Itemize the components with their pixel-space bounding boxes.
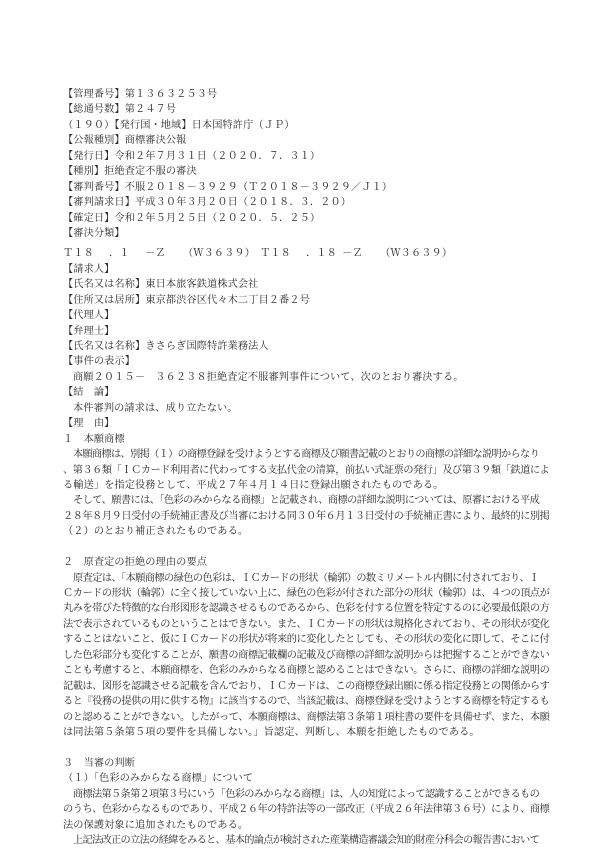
conclusion-label: 【結 論】 [63,385,543,400]
decision-class-row: Ｔ１８．１－Ｚ（Ｗ３６３９） [63,246,255,261]
paragraph-line: 上記法改正の立法の経緯をみると、基本的論点が検討された産業構造審議会知的財産分科… [63,833,543,848]
spacer [63,540,543,555]
attorney-label: 【弁理士】 [63,324,543,339]
trial-number-line: 【審判番号】不服２０１８－３９２９（Ｔ２０１８－３９２９／Ｊ１） [63,180,543,195]
section-3-subtitle: （１）「色彩のみからなる商標」について [63,771,543,786]
paragraph-line: 丸みを帯びた特徴的な台形図形を認識させるものであるから、色彩を付する位置を特定す… [63,601,543,616]
total-issue-value: 第２４７号 [125,104,176,115]
paragraph-line: のと認めることができない。したがって、本願商標は、商標法第３条第１項柱書の要件を… [63,710,543,725]
management-number-line: 【管理番号】第１３６３２５３号 [63,87,543,102]
conclusion-text: 本件審判の請求は、成り立たない。 [63,401,543,416]
document-page: 【管理番号】第１３６３２５３号 【総通号数】第２４７号 （１９０）【発行国・地域… [63,87,543,848]
category-line: 【種別】拒絶査定不服の審決 [63,164,543,179]
issuer-line: （１９０）【発行国・地域】日本国特許庁（ＪＰ） [63,118,543,133]
paragraph-line: 本願商標は、別掲（１）の商標登録を受けようとする商標及び願書記載のとおりの商標の… [63,447,543,462]
paragraph-line: のうち、色彩からなるものであり、平成２６年の特許法等の一部改正（平成２６年法律第… [63,802,543,817]
section-3-body: 商標法第５条第２項第３号にいう「色彩のみからなる商標」は、人の知覚によって認識す… [63,787,543,849]
field-label: 【審判番号】 [63,182,125,193]
requester-name-line: 【氏名又は名称】東日本旅客鉄道株式会社 [63,277,543,292]
total-issue-line: 【総通号数】第２４７号 [63,102,543,117]
final-date-line: 【確定日】令和２年５月２５日（２０２０．５．２５） [63,211,543,226]
field-label: 【住所又は居所】 [63,295,145,306]
case-label: 【事件の表示】 [63,354,543,369]
section-2-title: ２ 原査定の拒絶の理由の要点 [63,555,543,570]
issue-date-line: 【発行日】令和２年７月３１日（２０２０．７．３１） [63,149,543,164]
spacer [63,740,543,755]
paragraph-line: 商標法第５条第２項第３号にいう「色彩のみからなる商標」は、人の知覚によって認識す… [63,787,543,802]
section-3-title: ３ 当審の判断 [63,756,543,771]
requester-address-value: 東京都渋谷区代々木二丁目２番２号 [145,295,310,306]
paragraph-line: る輸送」を指定役務として、平成２７年４月１４日に登録出願されたものである。 [63,478,543,493]
trial-number-value: 不服２０１８－３９２９（Ｔ２０１８－３９２９／Ｊ１） [125,182,392,193]
field-label: 【発行日】 [63,151,114,162]
paragraph-line: 記載は、図形を認識させる記載を含んでおり、ＩＣカードは、この商標登録出願に係る指… [63,679,543,694]
decision-class-label: 【審決分類】 [63,226,543,241]
trial-request-date-value: 平成３０年３月２０日（２０１８．３．２０） [135,197,351,208]
requester-label: 【請求人】 [63,262,543,277]
paragraph-line: Ｃカードの形状（輪郭）に全く接していない上に、緑色の色彩が付された部分の形状（輪… [63,586,543,601]
paragraph-line: することはないこと、仮にＩＣカードの形状が将来的に変化したとしても、その形状の変… [63,632,543,647]
field-label: 【発行国・地域】 [114,120,191,131]
requester-name-value: 東日本旅客鉄道株式会社 [145,279,258,290]
paragraph-line: 原査定は、「本願商標の緑色の色彩は、ＩＣカードの形状（輪郭）の数ミリメートル内側… [63,571,543,586]
field-label: 【確定日】 [63,213,114,224]
paragraph-line: そして、願書には、「色彩のみからなる商標」と記載され、商標の詳細な説明については… [63,493,543,508]
agent-label: 【代理人】 [63,308,543,323]
section-1-title: １ 本願商標 [63,432,543,447]
paragraph-line: ことも考慮すると、本願商標を、色彩のみからなる商標と認めることはできない。さらに… [63,663,543,678]
category-value: 拒絶査定不服の審決 [104,166,197,177]
gazette-type-value: 商標審決公報 [125,135,187,146]
paragraph-line: ２８年８月９日受付の手続補正書及び当審における同３０年６月１３日受付の手続補正書… [63,509,543,524]
paragraph-line: （２）のとおり補正されたものである。 [63,524,543,539]
management-number-value: 第１３６３２５３号 [125,89,218,100]
field-label: 【氏名又は名称】 [63,279,145,290]
issue-date-value: 令和２年７月３１日（２０２０．７．３１） [114,151,320,162]
field-label: 【管理番号】 [63,89,125,100]
paragraph-line: は同法第５条第５項の要件を具備しない。」旨認定、判断し、本願を拒絶したものである… [63,725,543,740]
paragraph-line: 法で表示されているものということはできない。また、ＩＣカードの形状は規格化されて… [63,617,543,632]
field-label: 【公報種別】 [63,135,125,146]
section-2-body: 原査定は、「本願商標の緑色の色彩は、ＩＣカードの形状（輪郭）の数ミリメートル内側… [63,571,543,741]
issuer-value: 日本国特許庁（ＪＰ） [192,120,295,131]
reason-label: 【理 由】 [63,416,543,431]
issuer-prefix: （１９０） [63,120,114,131]
gazette-type-line: 【公報種別】商標審決公報 [63,133,543,148]
field-label: 【審判請求日】 [63,197,135,208]
agent-name-line: 【氏名又は名称】きさらぎ国際特許業務法人 [63,339,543,354]
field-label: 【総通号数】 [63,104,125,115]
paragraph-line: した色彩部分も変化することが、願書の商標記載欄の記載及び商標の詳細な説明からは把… [63,648,543,663]
section-1-body: 本願商標は、別掲（１）の商標登録を受けようとする商標及び願書記載のとおりの商標の… [63,447,543,540]
field-label: 【氏名又は名称】 [63,341,145,352]
paragraph-line: 法の保護対象に追加されたものである。 [63,818,543,833]
field-label: 【種別】 [63,166,104,177]
paragraph-line: ると『役務の提供の用に供する物』に該当するので、当該記載は、商標登録を受けようと… [63,694,543,709]
requester-address-line: 【住所又は居所】東京都渋谷区代々木二丁目２番２号 [63,293,543,308]
trial-request-date-line: 【審判請求日】平成３０年３月２０日（２０１８．３．２０） [63,195,543,210]
final-date-value: 令和２年５月２５日（２０２０．５．２５） [114,213,320,224]
agent-name-value: きさらぎ国際特許業務法人 [145,341,268,352]
case-text: 商願２０１５－ ３６２３８拒絶査定不服審判事件について、次のとおり審決する。 [63,370,543,385]
decision-class-row: Ｔ１８．１８－Ｚ（Ｗ３６３９） [260,246,452,261]
paragraph-line: 、第３６類「ＩＣカード利用者に代わってする支払代金の清算，前払い式証票の発行」及… [63,463,543,478]
